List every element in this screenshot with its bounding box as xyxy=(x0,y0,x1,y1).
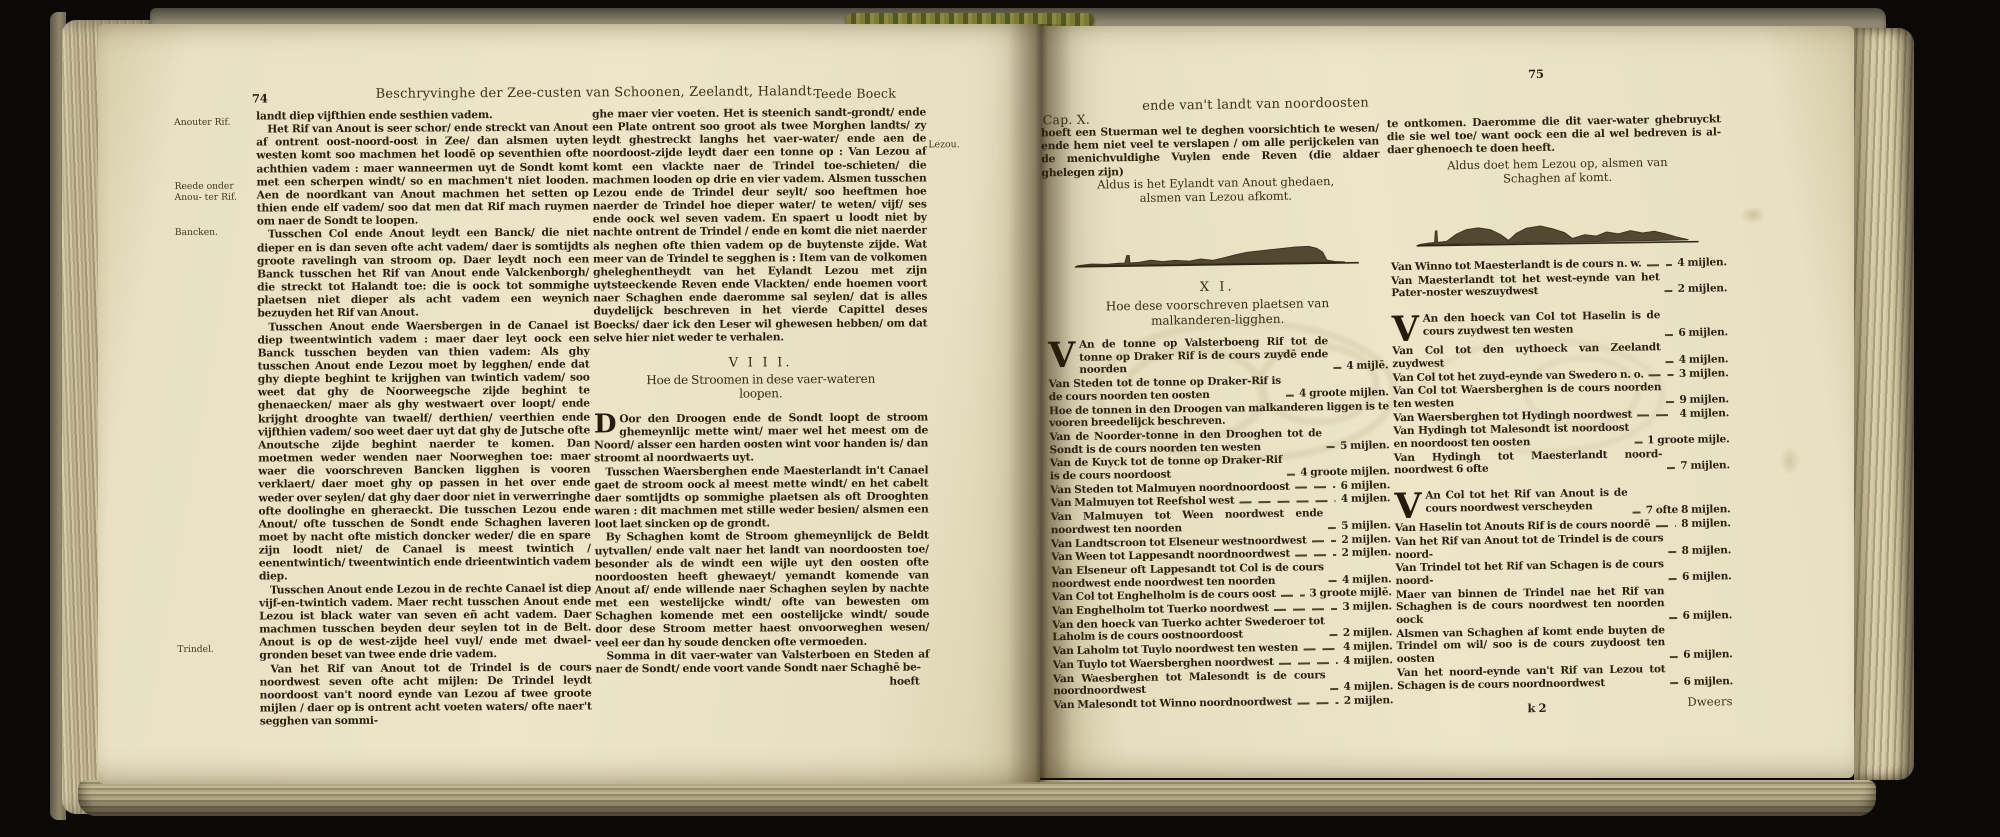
dash-leader xyxy=(1303,648,1338,651)
profile-caption: Aldus is het Eylandt van Anout ghedaen, … xyxy=(1076,174,1355,206)
course-distance: 4 mijlen. xyxy=(1343,654,1393,667)
coast-profile-lezou-sketch xyxy=(1408,196,1709,250)
course-text: Van Waesberghen tot Malesondt is de cour… xyxy=(1053,669,1326,698)
running-title: ende van't landt van noordoosten xyxy=(1085,95,1425,115)
folio-number: 75 xyxy=(1528,67,1544,81)
dash-leader xyxy=(1647,264,1673,266)
course-distance: 2 mijlen. xyxy=(1343,627,1393,640)
dash-leader xyxy=(1295,486,1336,489)
dash-leader xyxy=(1670,617,1678,619)
paragraph: Tusschen Col ende Anout leydt een Banck/… xyxy=(257,226,590,320)
dash-leader xyxy=(1274,608,1338,611)
course-entry: Van Hydingh tot Maesterlandt noord-noord… xyxy=(1394,447,1730,477)
dash-leader xyxy=(1633,512,1641,514)
course-text: Van de Kuyck tot de tonne op Draker-Rif … xyxy=(1050,454,1283,483)
dash-leader xyxy=(1331,688,1339,690)
left-page-column-2: ghe maer vier voeten. Het is steenich sa… xyxy=(592,105,930,689)
course-distance: 2 mijlen. xyxy=(1678,283,1728,296)
course-entry: Van Col tot Waersberghen is de cours noo… xyxy=(1393,380,1729,410)
course-distance: 4 mijlen. xyxy=(1341,493,1391,506)
dash-leader xyxy=(1655,525,1676,527)
right-page: Cap. X. ende van't landt van noordoosten… xyxy=(1040,26,1854,778)
course-text: Maer van binnen de Trindel nae het Rif v… xyxy=(1396,585,1665,627)
running-title: Beschryvinghe der Zee-custen van Schoone… xyxy=(336,84,856,102)
course-text: Van den hoeck van Tuerko achter Swederoe… xyxy=(1052,615,1325,644)
profile-caption: Aldus doet hem Lezou op, alsmen van Scha… xyxy=(1420,155,1696,187)
course-text: Van Col tot den uythoeck van Zeelandt zu… xyxy=(1392,341,1661,370)
course-entry: Van Trindel tot het Rif van Schagen is d… xyxy=(1395,557,1731,587)
dash-leader xyxy=(1637,414,1675,417)
course-text: Van Malesondt tot Winno noordnoordwest xyxy=(1053,696,1292,712)
paragraph: ghe maer vier voeten. Het is steenich sa… xyxy=(592,105,927,344)
course-distance: 2 mijlen. xyxy=(1341,533,1391,546)
course-distance: 8 mijlen. xyxy=(1681,517,1731,530)
course-text: Van Col tot Waersberghen is de cours noo… xyxy=(1393,381,1662,410)
dash-leader xyxy=(1666,361,1674,363)
paragraph: Tusschen Anout ende Waersbergen in de Ca… xyxy=(257,318,591,583)
left-page: 74 Beschryvinghe der Zee-custen van Scho… xyxy=(98,24,1040,784)
course-entry: Van Waesberghen tot Malesondt is de cour… xyxy=(1053,668,1393,698)
dash-leader xyxy=(1287,473,1295,475)
drop-cap: V xyxy=(1048,341,1075,370)
course-distance: 4 mijlen. xyxy=(1677,256,1727,269)
coast-profile-right xyxy=(1390,196,1727,255)
course-distance: 2 mijlen. xyxy=(1344,694,1394,707)
course-text: Van Trindel tot het Rif van Schagen is d… xyxy=(1395,558,1664,587)
paragraph: Tusschen Anout ende Lezou in de rechte C… xyxy=(259,581,591,662)
intro-paragraph-right: te ontkomen. Daeromme die dit vaer-water… xyxy=(1387,112,1722,157)
course-text: Alsmen van Schaghen af komt ende buyten … xyxy=(1396,624,1665,666)
catchword: hoeft xyxy=(596,675,930,690)
course-text: VAn Col tot het Rif van Anout is de cour… xyxy=(1394,487,1628,521)
dash-leader xyxy=(1330,634,1338,636)
course-entry: VAn den hoeck van Col tot Haselin is de … xyxy=(1392,308,1728,344)
course-distance: 4 groote mijlen. xyxy=(1299,386,1389,400)
course-text: Van Steden tot de tonne op Draker-Rif is… xyxy=(1049,375,1282,404)
course-text: Van Maesterlandt tot het west-eynde van … xyxy=(1391,271,1660,300)
dash-leader xyxy=(1240,500,1336,503)
section-number: X I. xyxy=(1047,277,1387,297)
course-distance: 6 mijlen. xyxy=(1341,479,1391,492)
section-title: Hoe dese voorschreven plaetsen van malka… xyxy=(1085,296,1351,329)
course-distance: 7 ofte 8 mijlen. xyxy=(1646,504,1731,518)
dash-leader xyxy=(1665,334,1673,336)
dash-leader xyxy=(1286,394,1294,396)
paragraph: DOor den Droogen ende de Sondt loopt de … xyxy=(594,410,928,465)
course-text: Van Hydingh tot Malesondt ist noordoost … xyxy=(1393,422,1629,451)
paragraph: Het Rif van Anout is seer schor/ ende st… xyxy=(256,121,589,228)
coast-profile-left xyxy=(1046,215,1387,276)
course-list-right: Van Winno tot Maesterlandt is de cours n… xyxy=(1391,256,1733,692)
course-text: VAn de tonne op Valsterboeng Rif tot de … xyxy=(1048,335,1328,377)
margin-note: Bancken. xyxy=(175,228,243,239)
dash-leader xyxy=(1671,682,1679,684)
course-distance: 8 mijlen. xyxy=(1682,544,1732,557)
course-distance: 6 mijlen. xyxy=(1678,327,1728,340)
course-text: Van Elseneur oft Lappesandt tot Col is d… xyxy=(1051,561,1324,590)
signature-mark: k 2 xyxy=(1527,701,1546,715)
running-book-label: Teede Boeck xyxy=(786,86,896,102)
course-distance: 3 groote mijlē. xyxy=(1309,587,1391,601)
course-entry: Alsmen van Schaghen af komt ende buyten … xyxy=(1396,623,1733,666)
course-distance: 6 mijlen. xyxy=(1683,609,1733,622)
dash-leader xyxy=(1666,401,1674,403)
section-number: V I I I. xyxy=(594,355,928,370)
dash-leader xyxy=(1327,446,1335,448)
course-entry: Van Hydingh tot Malesondt ist noordoost … xyxy=(1393,421,1729,451)
course-distance: 4 mijlen. xyxy=(1342,573,1392,586)
drop-cap: V xyxy=(1392,315,1419,344)
course-distance: 4 mijlen. xyxy=(1680,407,1730,420)
margin-note: Anouter Rif. xyxy=(174,118,242,129)
right-page-content: Cap. X. ende van't landt van noordoosten… xyxy=(1029,14,1854,778)
course-entry: Van Maesterlandt tot het west-eynde van … xyxy=(1391,270,1727,300)
paragraph: Van het Rif van Anout tot de Trindel is … xyxy=(259,660,591,728)
course-distance: 6 mijlen. xyxy=(1683,648,1733,661)
dash-leader xyxy=(1669,578,1677,580)
dash-leader xyxy=(1667,467,1675,469)
dash-leader xyxy=(1328,527,1336,529)
course-text: Van het Rif van Anout tot de Trindel is … xyxy=(1395,532,1664,561)
dash-leader xyxy=(1295,554,1337,557)
page-stack-right-edge xyxy=(1854,28,1914,780)
margin-note: Trindel. xyxy=(177,645,245,656)
drop-cap: V xyxy=(1394,492,1421,521)
dash-leader xyxy=(1329,580,1337,582)
course-distance: 6 mijlen. xyxy=(1683,675,1733,688)
dash-leader xyxy=(1665,290,1673,292)
left-page-content: 74 Beschryvinghe der Zee-custen van Scho… xyxy=(96,19,1043,785)
course-distance: 6 mijlen. xyxy=(1682,570,1732,583)
dash-leader xyxy=(1649,374,1674,376)
paragraph: By Schaghen komt de Stroom ghemeynlijck … xyxy=(595,529,930,649)
dash-leader xyxy=(1634,441,1642,443)
dash-leader xyxy=(1669,551,1677,553)
course-distance: 4 groote mijlen. xyxy=(1300,465,1390,479)
dash-leader xyxy=(1670,656,1678,658)
dash-leader xyxy=(1281,595,1305,597)
right-page-column-right: Aldus doet hem Lezou op, alsmen van Scha… xyxy=(1389,154,1733,693)
column-2-top: ghe maer vier voeten. Het is steenich sa… xyxy=(592,105,927,344)
course-list-left: VAn de tonne op Valsterboeng Rif tot de … xyxy=(1048,334,1393,712)
course-distance: 4 mijlen. xyxy=(1679,353,1729,366)
course-distance: 3 mijlen. xyxy=(1679,367,1729,380)
column-2-bottom: DOor den Droogen ende de Sondt loopt de … xyxy=(594,410,930,675)
course-entry: Van het noord-eynde van't Rif van Lezou … xyxy=(1397,662,1733,692)
course-entry: Van het Rif van Anout tot de Trindel is … xyxy=(1395,531,1731,561)
course-text: Van de Noorder-tonne in den Drooghen tot… xyxy=(1049,427,1322,456)
course-distance: 5 mijlen. xyxy=(1341,519,1391,532)
course-distance: 2 mijlen. xyxy=(1342,546,1392,559)
section-title: Hoe de Stroomen in dese vaer-wateren loo… xyxy=(630,372,891,403)
dash-leader xyxy=(1333,367,1341,369)
paragraph: Somma in dit vaer-water van Valsterboen … xyxy=(595,647,929,675)
folio-number: 74 xyxy=(252,91,268,105)
course-entry: Van Elseneur oft Lappesandt tot Col is d… xyxy=(1051,560,1391,590)
course-text: Van het noord-eynde van't Rif van Lezou … xyxy=(1397,663,1666,692)
drop-cap: D xyxy=(594,413,616,436)
dash-leader xyxy=(1312,540,1337,542)
course-text: Van Hydingh tot Maesterlandt noord-noord… xyxy=(1394,448,1663,477)
course-entry: VAn de tonne op Valsterboeng Rif tot de … xyxy=(1048,334,1389,377)
course-distance: 5 mijlen. xyxy=(1340,439,1390,452)
right-page-column-left: Aldus is het Eylandt van Anout ghedaen, … xyxy=(1046,173,1394,713)
course-entry: Van de Noorder-tonne in den Drooghen tot… xyxy=(1049,426,1389,456)
left-page-column-1: landt diep vijfthien ende sesthien vadem… xyxy=(256,107,592,727)
course-distance: 7 mijlen. xyxy=(1680,460,1730,473)
margin-note: Reede onder Anou- ter Rif. xyxy=(175,182,243,204)
coast-profile-anout-sketch xyxy=(1066,216,1367,272)
dash-leader xyxy=(1279,662,1339,665)
course-distance: 1 groote mijle. xyxy=(1647,433,1729,447)
course-text: VAn den hoeck van Col tot Haselin is de … xyxy=(1392,309,1661,344)
course-entry: Van Steden tot de tonne op Draker-Rif is… xyxy=(1049,373,1389,403)
course-entry: Van Col tot den uythoeck van Zeelandt zu… xyxy=(1392,340,1728,370)
course-entry: Maer van binnen de Trindel nae het Rif v… xyxy=(1396,584,1733,627)
page-stack-bottom-edge xyxy=(78,780,1876,816)
course-text: Van Malmuyen tot Ween noordwest ende noo… xyxy=(1051,507,1324,536)
course-entry: Van de Kuyck tot de tonne op Draker-Rif … xyxy=(1050,453,1390,483)
course-distance: 3 mijlen. xyxy=(1342,600,1392,613)
photo-background: 74 Beschryvinghe der Zee-custen van Scho… xyxy=(0,0,2000,837)
course-distance: 9 mijlen. xyxy=(1679,393,1729,406)
paragraph: Tusschen Waersberghen ende Maesterlandt … xyxy=(594,463,928,531)
dash-leader xyxy=(1297,702,1339,705)
course-distance: 4 mijlen. xyxy=(1343,640,1393,653)
catchword: Dweers xyxy=(1687,694,1732,709)
course-entry: VAn Col tot het Rif van Anout is de cour… xyxy=(1394,485,1730,521)
course-note: Hoe de tonnen in den Droogen van malkand… xyxy=(1049,400,1389,430)
course-distance: 4 mijlen. xyxy=(1344,680,1394,693)
course-entry: Van den hoeck van Tuerko achter Swederoe… xyxy=(1052,614,1392,644)
intro-paragraph-left: hoeft een Stuerman wel te deghen voorsic… xyxy=(1041,121,1380,179)
course-distance: 4 mijlē. xyxy=(1346,360,1388,373)
margin-note: Lezou. xyxy=(928,139,959,150)
course-entry: Van Malmuyen tot Ween noordwest ende noo… xyxy=(1051,506,1391,536)
